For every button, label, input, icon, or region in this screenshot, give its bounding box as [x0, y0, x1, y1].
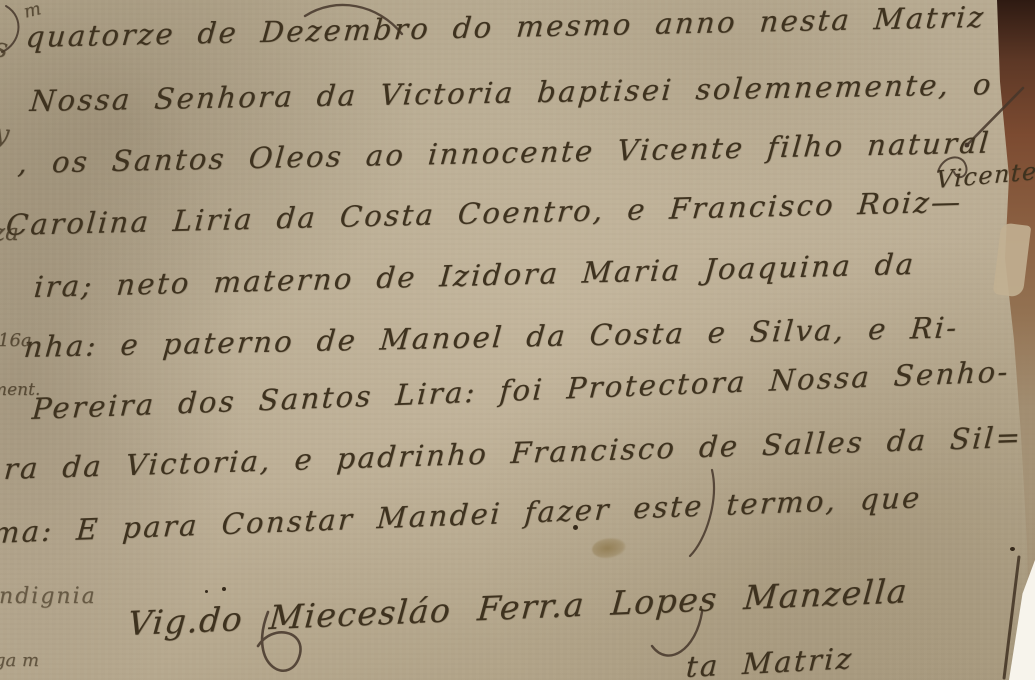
left-edge-fragment: ment.: [0, 380, 40, 400]
ink-speck: [1010, 547, 1015, 551]
ink-speck: [205, 590, 208, 593]
left-edge-fragment: za: [0, 220, 19, 246]
ink-speck: [222, 587, 226, 591]
manuscript-photo: quatorze de Dezembro do mesmo anno nesta…: [0, 0, 1035, 680]
left-edge-fragment: indignia: [0, 584, 97, 609]
left-edge-fragment: 16a: [0, 330, 32, 351]
left-edge-fragment: ga m: [0, 650, 39, 671]
